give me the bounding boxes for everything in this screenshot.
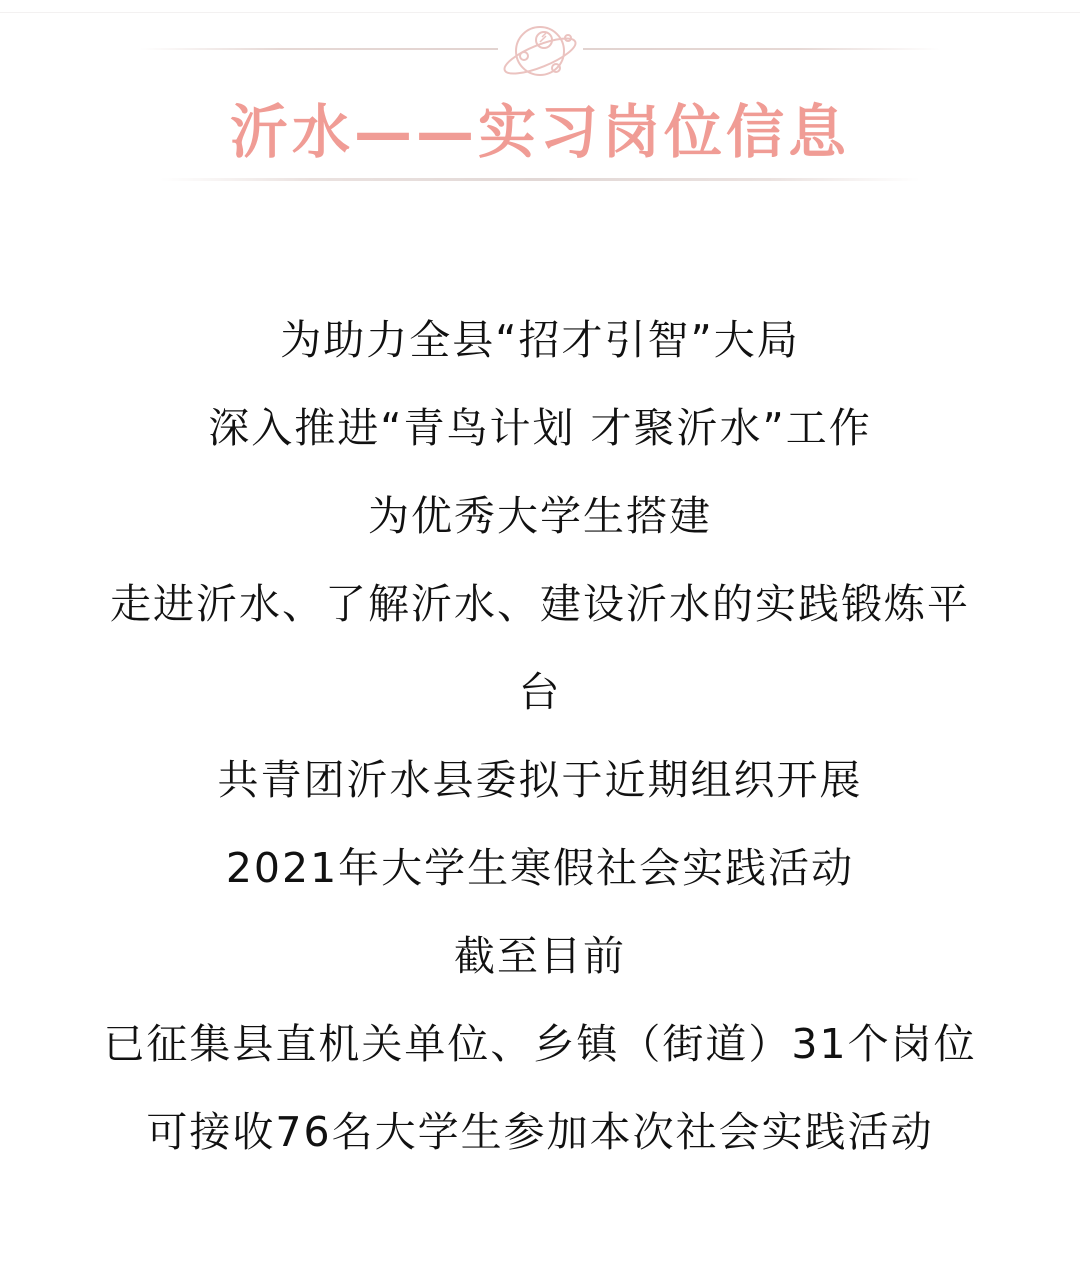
body-line: 台 bbox=[0, 648, 1080, 736]
body-line: 已征集县直机关单位、乡镇（街道）31个岗位 bbox=[0, 1000, 1080, 1088]
header-divider-left bbox=[140, 48, 498, 50]
planet-icon bbox=[498, 16, 582, 86]
body-line: 2021年大学生寒假社会实践活动 bbox=[0, 824, 1080, 912]
body-line: 共青团沂水县委拟于近期组织开展 bbox=[0, 736, 1080, 824]
section-header: 沂水——实习岗位信息 bbox=[0, 0, 1080, 200]
page-title: 沂水——实习岗位信息 bbox=[0, 92, 1080, 172]
header-divider-right bbox=[583, 48, 940, 50]
body-line: 可接收76名大学生参加本次社会实践活动 bbox=[0, 1088, 1080, 1176]
body-line: 深入推进“青鸟计划 才聚沂水”工作 bbox=[0, 384, 1080, 472]
body-line: 截至目前 bbox=[0, 912, 1080, 1000]
header-divider-bottom bbox=[160, 178, 920, 181]
article-body: 为助力全县“招才引智”大局 深入推进“青鸟计划 才聚沂水”工作 为优秀大学生搭建… bbox=[0, 296, 1080, 1176]
body-line: 为助力全县“招才引智”大局 bbox=[0, 296, 1080, 384]
body-line: 为优秀大学生搭建 bbox=[0, 472, 1080, 560]
body-line: 走进沂水、了解沂水、建设沂水的实践锻炼平 bbox=[0, 560, 1080, 648]
